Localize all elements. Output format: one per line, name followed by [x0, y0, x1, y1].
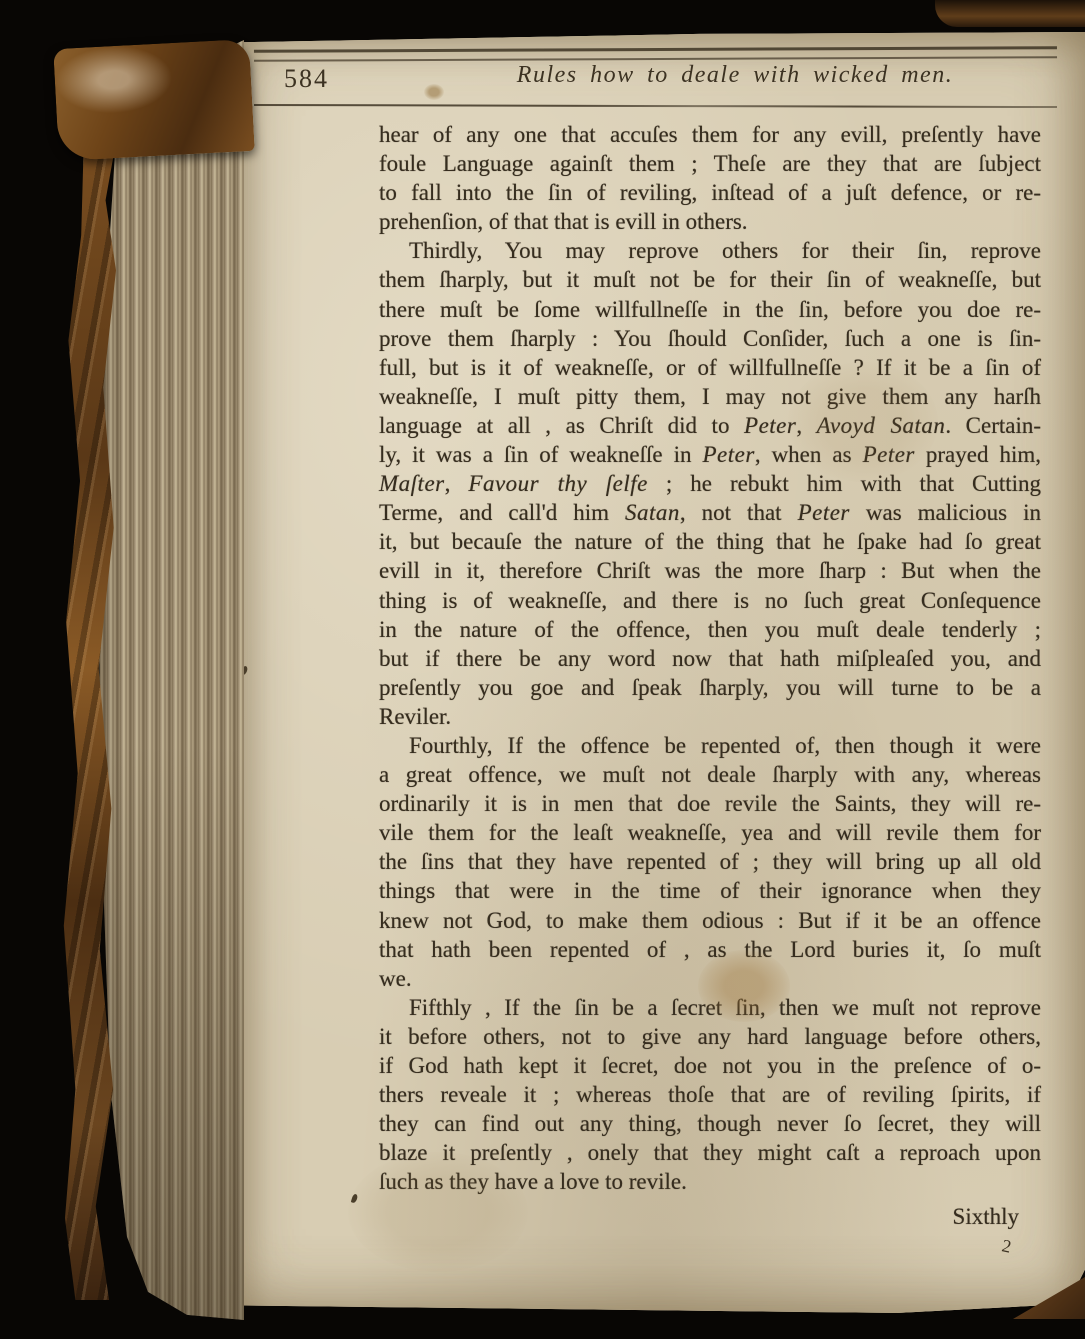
- text-segment: them ſharply, but it muſt not be for the…: [379, 267, 1041, 292]
- header-single-rule: [254, 104, 1057, 108]
- text-segment: weakneſſe, I muſt pitty them, I may not …: [379, 384, 1041, 409]
- fore-edge-page-stack: [94, 40, 244, 1320]
- paragraph: Fifthly , If the ſin be a ſecret ſin, th…: [379, 993, 1041, 1197]
- text-line: foule Language againſt them ; Theſe are …: [379, 149, 1041, 178]
- text-line: it, but becauſe the nature of the thing …: [379, 527, 1041, 556]
- text-segment: ; he rebukt him with that Cutting: [648, 471, 1041, 496]
- text-line: thing is of weakneſſe, and there is no ſ…: [379, 586, 1041, 615]
- text-segment: language at all , as Chriſt did to: [379, 413, 744, 438]
- margin-ink-mark: [351, 1193, 359, 1203]
- paragraph: Thirdly, You may reprove others for thei…: [379, 236, 1041, 731]
- text-line: the ſins that they have repented of ; th…: [379, 847, 1041, 876]
- text-line: Terme, and call'd him Satan, not that Pe…: [379, 498, 1041, 527]
- text-segment: prehenſion, of that that is evill in oth…: [379, 209, 748, 234]
- text-segment: Fifthly , If the ſin be a ſecret ſin, th…: [409, 995, 1041, 1020]
- book-page: 584 Rules how to deale with wicked men. …: [228, 32, 1085, 1313]
- text-segment: Thirdly, You may reprove others for thei…: [409, 238, 1041, 263]
- text-line: Thirdly, You may reprove others for thei…: [379, 236, 1041, 265]
- text-segment: ly, it was a ſin of weakneſſe in: [379, 442, 703, 467]
- text-segment: prove them ſharply : You ſhould Conſider…: [379, 326, 1041, 351]
- text-segment: ordinarily it is in men that doe revile …: [379, 791, 1041, 816]
- text-segment: full, but is it of weakneſſe, or of will…: [379, 355, 1041, 380]
- text-line: hear of any one that accuſes them for an…: [379, 120, 1041, 149]
- text-line: but if there be any word now that hath m…: [379, 644, 1041, 673]
- text-segment: a great offence, we muſt not deale ſharp…: [379, 762, 1041, 787]
- text-segment: ſuch as they have a love to revile.: [379, 1169, 687, 1194]
- text-segment: in the nature of the offence, then you m…: [379, 617, 1041, 642]
- text-line: prove them ſharply : You ſhould Conſider…: [379, 324, 1041, 353]
- text-line: blaze it preſently , onely that they mig…: [379, 1138, 1041, 1167]
- text-line: in the nature of the offence, then you m…: [379, 615, 1041, 644]
- italic-text: Peter: [863, 442, 915, 467]
- text-line: things that were in the time of their ig…: [379, 876, 1041, 905]
- text-segment: ,: [796, 413, 816, 438]
- cover-sliver-top: [935, 0, 1085, 27]
- text-line: preſently you goe and ſpeak ſharply, you…: [379, 673, 1041, 702]
- text-segment: ,: [445, 471, 469, 496]
- italic-text: Favour thy ſelfe: [468, 471, 647, 496]
- text-line: ordinarily it is in men that doe revile …: [379, 789, 1041, 818]
- text-segment: evill in it, therefore Chriſt was the mo…: [379, 558, 1041, 583]
- running-title: Rules how to deale with wicked men.: [404, 62, 1066, 89]
- paragraph: Fourthly, If the offence be repented of,…: [379, 731, 1041, 993]
- page-header: 584 Rules how to deale with wicked men.: [254, 60, 1057, 100]
- text-segment: there muſt be ſome willfullneſſe in the …: [379, 297, 1041, 322]
- text-segment: , not that: [680, 500, 798, 525]
- text-segment: preſently you goe and ſpeak ſharply, you…: [379, 675, 1041, 700]
- text-segment: Reviler.: [379, 704, 451, 729]
- leather-cover-corner: [53, 39, 255, 161]
- text-line: language at all , as Chriſt did to Peter…: [379, 411, 1041, 440]
- signature-mark: 2: [1000, 1235, 1013, 1257]
- text-segment: , when as: [755, 442, 863, 467]
- text-segment: was malicious in: [850, 500, 1041, 525]
- text-segment: we.: [379, 966, 412, 991]
- book-photograph: 584 Rules how to deale with wicked men. …: [0, 0, 1085, 1339]
- text-segment: Fourthly, If the offence be repented of,…: [409, 733, 1041, 758]
- text-line: Maſter, Favour thy ſelfe ; he rebukt him…: [379, 469, 1041, 498]
- text-line: Fifthly , If the ſin be a ſecret ſin, th…: [379, 993, 1041, 1022]
- text-line: evill in it, therefore Chriſt was the mo…: [379, 556, 1041, 585]
- text-segment: blaze it preſently , onely that they mig…: [379, 1140, 1041, 1165]
- text-line: weakneſſe, I muſt pitty them, I may not …: [379, 382, 1041, 411]
- text-line: ſuch as they have a love to revile.: [379, 1167, 1041, 1196]
- text-segment: they can find out any thing, though neve…: [379, 1111, 1041, 1136]
- text-line: them ſharply, but it muſt not be for the…: [379, 265, 1041, 294]
- text-segment: it before others, not to give any hard l…: [379, 1024, 1041, 1049]
- text-line: full, but is it of weakneſſe, or of will…: [379, 353, 1041, 382]
- text-segment: Terme, and call'd him: [379, 500, 625, 525]
- text-line: vile them for the leaſt weakneſſe, yea a…: [379, 818, 1041, 847]
- text-line: there muſt be ſome willfullneſſe in the …: [379, 295, 1041, 324]
- text-segment: knew not God, to make them odious : But …: [379, 908, 1041, 933]
- text-segment: foule Language againſt them ; Theſe are …: [379, 151, 1041, 176]
- italic-text: Peter: [744, 413, 796, 438]
- italic-text: Satan: [625, 500, 680, 525]
- italic-text: Maſter: [379, 471, 445, 496]
- text-segment: to fall into the ſin of reviling, inſtea…: [379, 180, 1041, 205]
- italic-text: Avoyd Satan: [817, 413, 946, 438]
- text-line: a great offence, we muſt not deale ſharp…: [379, 760, 1041, 789]
- text-line: it before others, not to give any hard l…: [379, 1022, 1041, 1051]
- text-line: that hath been repented of , as the Lord…: [379, 935, 1041, 964]
- text-line: thers reveale it ; whereas thoſe that ar…: [379, 1080, 1041, 1109]
- text-line: we.: [379, 964, 1041, 993]
- text-line: Fourthly, If the offence be repented of,…: [379, 731, 1041, 760]
- text-line: to fall into the ſin of reviling, inſtea…: [379, 178, 1041, 207]
- page-number: 584: [284, 64, 329, 94]
- text-line: prehenſion, of that that is evill in oth…: [379, 207, 1041, 236]
- text-segment: that hath been repented of , as the Lord…: [379, 937, 1041, 962]
- italic-text: Peter: [703, 442, 755, 467]
- italic-text: Peter: [798, 500, 850, 525]
- text-line: ly, it was a ſin of weakneſſe in Peter, …: [379, 440, 1041, 469]
- text-line: they can find out any thing, though neve…: [379, 1109, 1041, 1138]
- text-segment: it, but becauſe the nature of the thing …: [379, 529, 1041, 554]
- text-segment: if God hath kept it ſecret, doe not you …: [379, 1053, 1041, 1078]
- paragraph: hear of any one that accuſes them for an…: [379, 120, 1041, 236]
- text-segment: . Certain-: [945, 413, 1041, 438]
- text-segment: thers reveale it ; whereas thoſe that ar…: [379, 1082, 1041, 1107]
- text-segment: but if there be any word now that hath m…: [379, 646, 1041, 671]
- text-line: knew not God, to make them odious : But …: [379, 906, 1041, 935]
- text-segment: prayed him,: [915, 442, 1041, 467]
- text-segment: vile them for the leaſt weakneſſe, yea a…: [379, 820, 1041, 845]
- text-line: Reviler.: [379, 702, 1041, 731]
- body-text: hear of any one that accuſes them for an…: [379, 120, 1041, 1196]
- text-segment: hear of any one that accuſes them for an…: [379, 122, 1041, 147]
- catchword: Sixthly: [953, 1204, 1019, 1230]
- text-line: if God hath kept it ſecret, doe not you …: [379, 1051, 1041, 1080]
- text-segment: thing is of weakneſſe, and there is no ſ…: [379, 588, 1041, 613]
- text-segment: things that were in the time of their ig…: [379, 878, 1041, 903]
- text-segment: the ſins that they have repented of ; th…: [379, 849, 1041, 874]
